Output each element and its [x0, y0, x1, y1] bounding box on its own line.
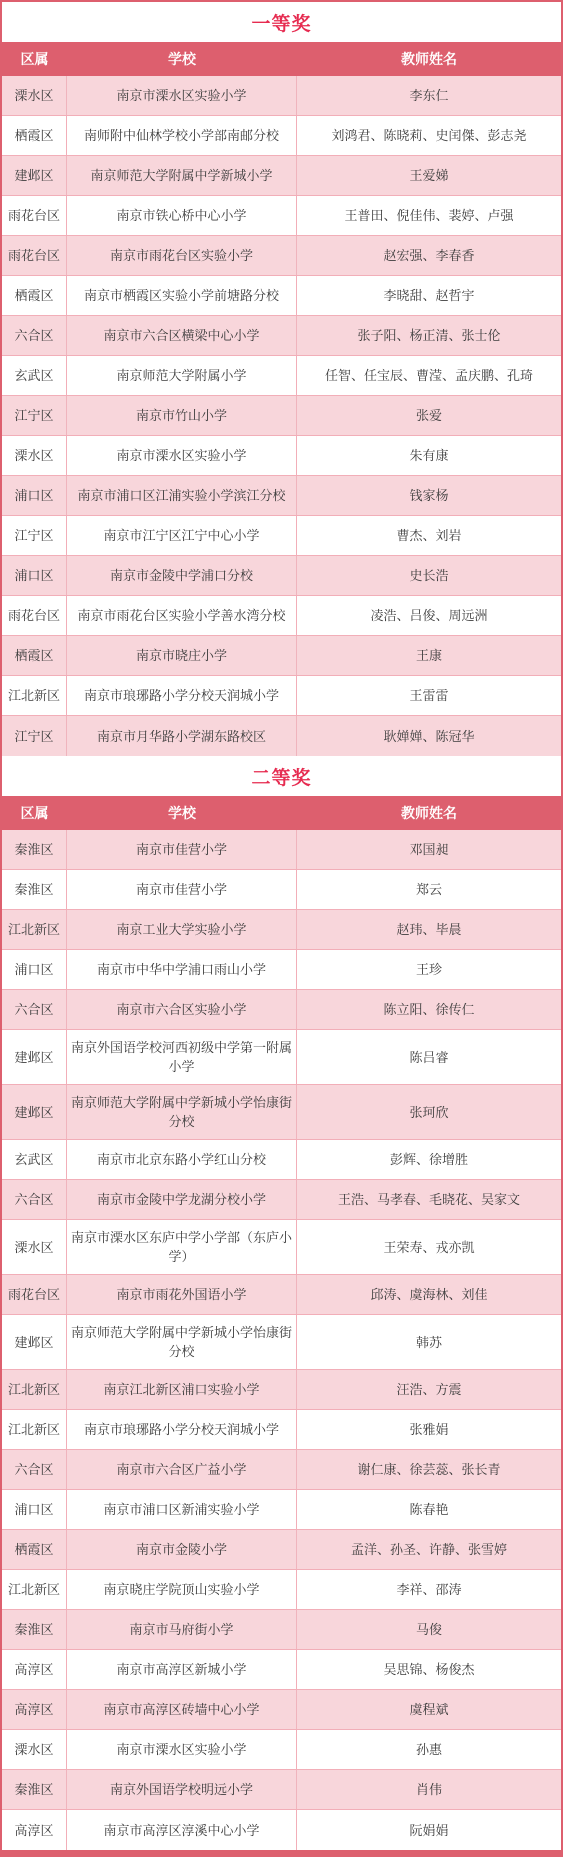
cell-teachers: 陈吕睿	[297, 1030, 561, 1084]
cell-teachers: 邓国昶	[297, 830, 561, 869]
cell-school: 南京市佳营小学	[67, 830, 297, 869]
cell-teachers: 虞程斌	[297, 1690, 561, 1729]
section-title: 一等奖	[2, 2, 561, 42]
cell-teachers: 钱家杨	[297, 476, 561, 515]
cell-school: 南京市琅琊路小学分校天润城小学	[67, 676, 297, 715]
cell-district: 秦淮区	[2, 830, 67, 869]
cell-school: 南京市金陵中学浦口分校	[67, 556, 297, 595]
cell-school: 南京江北新区浦口实验小学	[67, 1370, 297, 1409]
cell-teachers: 孙惠	[297, 1730, 561, 1769]
cell-school: 南京市月华路小学湖东路校区	[67, 716, 297, 756]
cell-school: 南京师范大学附属中学新城小学怡康街分校	[67, 1085, 297, 1139]
cell-teachers: 张雅娟	[297, 1410, 561, 1449]
cell-district: 雨花台区	[2, 596, 67, 635]
table-row: 秦淮区南京外国语学校明远小学肖伟	[2, 1770, 561, 1810]
table-row: 玄武区南京市北京东路小学红山分校彭辉、徐增胜	[2, 1140, 561, 1180]
cell-district: 雨花台区	[2, 236, 67, 275]
cell-teachers: 赵玮、毕晨	[297, 910, 561, 949]
table-row: 栖霞区南京市金陵小学孟洋、孙圣、许静、张雪婷	[2, 1530, 561, 1570]
cell-school: 南京市雨花台区实验小学	[67, 236, 297, 275]
cell-teachers: 谢仁康、徐芸蕊、张长青	[297, 1450, 561, 1489]
cell-district: 浦口区	[2, 1490, 67, 1529]
cell-teachers: 凌浩、吕俊、周远洲	[297, 596, 561, 635]
table-row: 江北新区南京江北新区浦口实验小学汪浩、方震	[2, 1370, 561, 1410]
cell-teachers: 张珂欣	[297, 1085, 561, 1139]
cell-district: 建邺区	[2, 156, 67, 195]
cell-district: 秦淮区	[2, 1770, 67, 1809]
cell-school: 南京外国语学校河西初级中学第一附属小学	[67, 1030, 297, 1084]
cell-school: 南京市马府街小学	[67, 1610, 297, 1649]
table-row: 浦口区南京市浦口区新浦实验小学陈春艳	[2, 1490, 561, 1530]
cell-school: 南京市溧水区实验小学	[67, 76, 297, 115]
table-row: 建邺区南京外国语学校河西初级中学第一附属小学陈吕睿	[2, 1030, 561, 1085]
cell-school: 南京市晓庄小学	[67, 636, 297, 675]
cell-district: 建邺区	[2, 1030, 67, 1084]
cell-district: 六合区	[2, 1180, 67, 1219]
table-row: 江宁区南京市月华路小学湖东路校区耿婵婵、陈冠华	[2, 716, 561, 756]
cell-teachers: 王康	[297, 636, 561, 675]
cell-teachers: 陈立阳、徐传仁	[297, 990, 561, 1029]
cell-school: 南京市雨花外国语小学	[67, 1275, 297, 1314]
cell-school: 南京市金陵中学龙湖分校小学	[67, 1180, 297, 1219]
cell-district: 江宁区	[2, 396, 67, 435]
cell-school: 南京市高淳区淳溪中心小学	[67, 1810, 297, 1850]
cell-school: 南京市琅琊路小学分校天润城小学	[67, 1410, 297, 1449]
table-row: 高淳区南京市高淳区新城小学吴思锦、杨俊杰	[2, 1650, 561, 1690]
cell-school: 南京市佳营小学	[67, 870, 297, 909]
cell-teachers: 孟洋、孙圣、许静、张雪婷	[297, 1530, 561, 1569]
cell-district: 栖霞区	[2, 636, 67, 675]
cell-teachers: 耿婵婵、陈冠华	[297, 716, 561, 756]
cell-district: 江北新区	[2, 676, 67, 715]
cell-teachers: 肖伟	[297, 1770, 561, 1809]
cell-school: 南京外国语学校明远小学	[67, 1770, 297, 1809]
cell-district: 江北新区	[2, 1570, 67, 1609]
cell-school: 南京晓庄学院顶山实验小学	[67, 1570, 297, 1609]
table-row: 高淳区南京市高淳区淳溪中心小学阮娟娟	[2, 1810, 561, 1850]
cell-teachers: 王爱娣	[297, 156, 561, 195]
cell-district: 江北新区	[2, 1370, 67, 1409]
cell-district: 江宁区	[2, 516, 67, 555]
cell-district: 江宁区	[2, 716, 67, 756]
cell-district: 高淳区	[2, 1810, 67, 1850]
table-row: 栖霞区南京市栖霞区实验小学前塘路分校李晓甜、赵哲宇	[2, 276, 561, 316]
cell-school: 南京市六合区实验小学	[67, 990, 297, 1029]
cell-school: 南京师范大学附属中学新城小学	[67, 156, 297, 195]
cell-teachers: 张爱	[297, 396, 561, 435]
cell-district: 江北新区	[2, 1410, 67, 1449]
cell-district: 浦口区	[2, 556, 67, 595]
table-row: 雨花台区南京市雨花外国语小学邱涛、虞海林、刘佳	[2, 1275, 561, 1315]
table-row: 六合区南京市六合区广益小学谢仁康、徐芸蕊、张长青	[2, 1450, 561, 1490]
cell-school: 南京市浦口区新浦实验小学	[67, 1490, 297, 1529]
table-row: 栖霞区南京市晓庄小学王康	[2, 636, 561, 676]
table-row: 浦口区南京市金陵中学浦口分校史长浩	[2, 556, 561, 596]
table-row: 江宁区南京市江宁区江宁中心小学曹杰、刘岩	[2, 516, 561, 556]
cell-district: 秦淮区	[2, 870, 67, 909]
cell-district: 浦口区	[2, 950, 67, 989]
cell-district: 建邺区	[2, 1315, 67, 1369]
table-row: 建邺区南京师范大学附属中学新城小学怡康街分校张珂欣	[2, 1085, 561, 1140]
table-row: 秦淮区南京市佳营小学郑云	[2, 870, 561, 910]
cell-school: 南京市六合区广益小学	[67, 1450, 297, 1489]
table-row: 建邺区南京师范大学附属中学新城小学怡康街分校韩苏	[2, 1315, 561, 1370]
cell-school: 南京市浦口区江浦实验小学滨江分校	[67, 476, 297, 515]
cell-school: 南京市栖霞区实验小学前塘路分校	[67, 276, 297, 315]
cell-district: 六合区	[2, 316, 67, 355]
cell-district: 秦淮区	[2, 1610, 67, 1649]
table-row: 雨花台区南京市雨花台区实验小学赵宏强、李春香	[2, 236, 561, 276]
cell-teachers: 王浩、马孝春、毛晓花、吴家文	[297, 1180, 561, 1219]
cell-teachers: 邱涛、虞海林、刘佳	[297, 1275, 561, 1314]
cell-teachers: 史长浩	[297, 556, 561, 595]
cell-district: 玄武区	[2, 1140, 67, 1179]
cell-district: 玄武区	[2, 356, 67, 395]
header-cell-district: 区属	[2, 42, 67, 76]
cell-teachers: 陈春艳	[297, 1490, 561, 1529]
cell-district: 高淳区	[2, 1690, 67, 1729]
cell-school: 南京市溧水区实验小学	[67, 436, 297, 475]
cell-teachers: 王雷雷	[297, 676, 561, 715]
cell-school: 南京市六合区横梁中心小学	[67, 316, 297, 355]
cell-teachers: 韩苏	[297, 1315, 561, 1369]
cell-district: 建邺区	[2, 1085, 67, 1139]
cell-district: 高淳区	[2, 1650, 67, 1689]
cell-teachers: 朱有康	[297, 436, 561, 475]
cell-school: 南京市金陵小学	[67, 1530, 297, 1569]
cell-school: 南京师范大学附属小学	[67, 356, 297, 395]
header-cell-district: 区属	[2, 796, 67, 830]
cell-teachers: 赵宏强、李春香	[297, 236, 561, 275]
cell-district: 溧水区	[2, 1220, 67, 1274]
table-row: 溧水区南京市溧水区实验小学李东仁	[2, 76, 561, 116]
cell-school: 南京市溧水区实验小学	[67, 1730, 297, 1769]
cell-district: 雨花台区	[2, 196, 67, 235]
table-row: 建邺区南京师范大学附属中学新城小学王爱娣	[2, 156, 561, 196]
table-row: 秦淮区南京市马府街小学马俊	[2, 1610, 561, 1650]
cell-teachers: 阮娟娟	[297, 1810, 561, 1850]
cell-district: 溧水区	[2, 436, 67, 475]
table-row: 江北新区南京市琅琊路小学分校天润城小学张雅娟	[2, 1410, 561, 1450]
header-cell-school: 学校	[67, 796, 297, 830]
table-row: 溧水区南京市溧水区实验小学朱有康	[2, 436, 561, 476]
cell-district: 浦口区	[2, 476, 67, 515]
cell-teachers: 刘鸿君、陈晓莉、史闰傑、彭志尧	[297, 116, 561, 155]
cell-district: 栖霞区	[2, 116, 67, 155]
header-row: 区属学校教师姓名	[2, 42, 561, 76]
table-row: 江宁区南京市竹山小学张爱	[2, 396, 561, 436]
cell-teachers: 张子阳、杨正清、张士伦	[297, 316, 561, 355]
table-row: 秦淮区南京市佳营小学邓国昶	[2, 830, 561, 870]
header-cell-teachers: 教师姓名	[297, 796, 561, 830]
cell-district: 江北新区	[2, 910, 67, 949]
cell-school: 南京市中华中学浦口雨山小学	[67, 950, 297, 989]
cell-school: 南京市铁心桥中心小学	[67, 196, 297, 235]
cell-school: 南京市北京东路小学红山分校	[67, 1140, 297, 1179]
table-row: 浦口区南京市浦口区江浦实验小学滨江分校钱家杨	[2, 476, 561, 516]
table-row: 浦口区南京市中华中学浦口雨山小学王珍	[2, 950, 561, 990]
table-row: 雨花台区南京市雨花台区实验小学善水湾分校凌浩、吕俊、周远洲	[2, 596, 561, 636]
table-row: 高淳区南京市高淳区砖墙中心小学虞程斌	[2, 1690, 561, 1730]
header-row: 区属学校教师姓名	[2, 796, 561, 830]
table-row: 六合区南京市金陵中学龙湖分校小学王浩、马孝春、毛晓花、吴家文	[2, 1180, 561, 1220]
cell-teachers: 彭辉、徐增胜	[297, 1140, 561, 1179]
cell-district: 六合区	[2, 1450, 67, 1489]
cell-district: 栖霞区	[2, 1530, 67, 1569]
cell-teachers: 王荣寿、戎亦凯	[297, 1220, 561, 1274]
table-row: 江北新区南京晓庄学院顶山实验小学李祥、邵涛	[2, 1570, 561, 1610]
award-table: 一等奖区属学校教师姓名溧水区南京市溧水区实验小学李东仁栖霞区南师附中仙林学校小学…	[0, 0, 563, 1857]
cell-school: 南京市高淳区新城小学	[67, 1650, 297, 1689]
cell-school: 南京师范大学附属中学新城小学怡康街分校	[67, 1315, 297, 1369]
cell-teachers: 王珍	[297, 950, 561, 989]
cell-school: 南京市雨花台区实验小学善水湾分校	[67, 596, 297, 635]
cell-teachers: 李东仁	[297, 76, 561, 115]
table-row: 溧水区南京市溧水区东庐中学小学部（东庐小学）王荣寿、戎亦凯	[2, 1220, 561, 1275]
cell-teachers: 曹杰、刘岩	[297, 516, 561, 555]
prize-section-2: 二等奖区属学校教师姓名秦淮区南京市佳营小学邓国昶秦淮区南京市佳营小学郑云江北新区…	[2, 756, 561, 1850]
cell-teachers: 任智、任宝辰、曹滢、孟庆鹏、孔琦	[297, 356, 561, 395]
table-row: 江北新区南京工业大学实验小学赵玮、毕晨	[2, 910, 561, 950]
cell-school: 南京市溧水区东庐中学小学部（东庐小学）	[67, 1220, 297, 1274]
cell-school: 南京市高淳区砖墙中心小学	[67, 1690, 297, 1729]
table-row: 六合区南京市六合区横梁中心小学张子阳、杨正清、张士伦	[2, 316, 561, 356]
cell-teachers: 李晓甜、赵哲宇	[297, 276, 561, 315]
cell-district: 雨花台区	[2, 1275, 67, 1314]
cell-district: 栖霞区	[2, 276, 67, 315]
cell-district: 六合区	[2, 990, 67, 1029]
header-cell-school: 学校	[67, 42, 297, 76]
table-row: 玄武区南京师范大学附属小学任智、任宝辰、曹滢、孟庆鹏、孔琦	[2, 356, 561, 396]
table-row: 溧水区南京市溧水区实验小学孙惠	[2, 1730, 561, 1770]
table-row: 六合区南京市六合区实验小学陈立阳、徐传仁	[2, 990, 561, 1030]
cell-school: 南京市江宁区江宁中心小学	[67, 516, 297, 555]
cell-school: 南师附中仙林学校小学部南邮分校	[67, 116, 297, 155]
cell-school: 南京市竹山小学	[67, 396, 297, 435]
cell-district: 溧水区	[2, 1730, 67, 1769]
cell-teachers: 郑云	[297, 870, 561, 909]
cell-teachers: 王普田、倪佳伟、裴婷、卢强	[297, 196, 561, 235]
cell-teachers: 吴思锦、杨俊杰	[297, 1650, 561, 1689]
cell-district: 溧水区	[2, 76, 67, 115]
cell-teachers: 汪浩、方震	[297, 1370, 561, 1409]
table-row: 雨花台区南京市铁心桥中心小学王普田、倪佳伟、裴婷、卢强	[2, 196, 561, 236]
header-cell-teachers: 教师姓名	[297, 42, 561, 76]
cell-teachers: 李祥、邵涛	[297, 1570, 561, 1609]
cell-teachers: 马俊	[297, 1610, 561, 1649]
section-title: 二等奖	[2, 756, 561, 796]
cell-school: 南京工业大学实验小学	[67, 910, 297, 949]
table-row: 栖霞区南师附中仙林学校小学部南邮分校刘鸿君、陈晓莉、史闰傑、彭志尧	[2, 116, 561, 156]
table-row: 江北新区南京市琅琊路小学分校天润城小学王雷雷	[2, 676, 561, 716]
prize-section-1: 一等奖区属学校教师姓名溧水区南京市溧水区实验小学李东仁栖霞区南师附中仙林学校小学…	[2, 2, 561, 756]
